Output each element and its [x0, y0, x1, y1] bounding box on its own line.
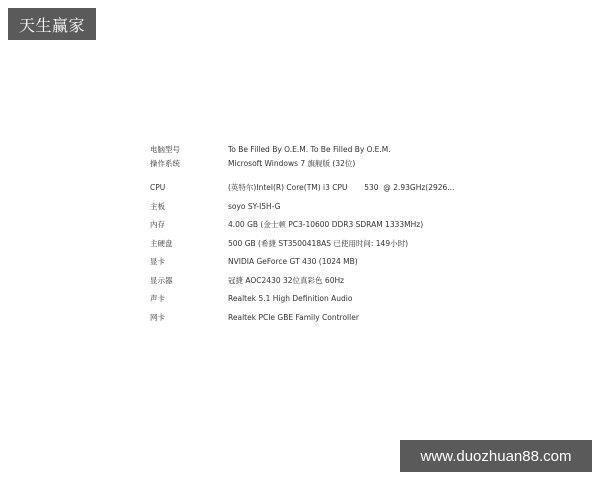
row-label: CPU [150, 183, 228, 192]
row-label: 主板 [150, 201, 228, 212]
row-value: Realtek 5.1 High Definition Audio [228, 294, 470, 303]
row-value: NVIDIA GeForce GT 430 (1024 MB) [228, 257, 470, 266]
info-row-computer-model: 电脑型号 To Be Filled By O.E.M. To Be Filled… [150, 140, 470, 154]
info-row-hard-disk: 主硬盘 500 GB (希捷 ST3500418AS 已使用时间: 149小时) [150, 234, 470, 253]
row-value: Realtek PCIe GBE Family Controller [228, 313, 470, 322]
row-value: (英特尔)Intel(R) Core(TM) i3 CPU 530 @ 2.93… [228, 182, 470, 193]
info-row-monitor: 显示器 冠捷 AOC2430 32位真彩色 60Hz [150, 271, 470, 290]
info-row-cpu: CPU (英特尔)Intel(R) Core(TM) i3 CPU 530 @ … [150, 179, 470, 198]
info-row-motherboard: 主板 soyo SY-I5H-G [150, 197, 470, 216]
watermark-url-text: www.duozhuan88.com [421, 448, 572, 465]
watermark-top-left: 天生赢家 [8, 8, 96, 40]
row-label: 声卡 [150, 293, 228, 304]
info-row-os: 操作系统 Microsoft Windows 7 旗舰版 (32位) [150, 154, 470, 173]
row-label: 电脑型号 [150, 144, 228, 154]
row-value: 冠捷 AOC2430 32位真彩色 60Hz [228, 275, 470, 286]
row-value: To Be Filled By O.E.M. To Be Filled By O… [228, 145, 470, 154]
watermark-bottom-right: www.duozhuan88.com [400, 440, 592, 472]
info-row-sound-card: 声卡 Realtek 5.1 High Definition Audio [150, 290, 470, 309]
row-label: 网卡 [150, 312, 228, 323]
watermark-top-left-text: 天生赢家 [19, 13, 85, 36]
info-row-memory: 内存 4.00 GB (金士顿 PC3-10600 DDR3 SDRAM 133… [150, 216, 470, 235]
row-label: 显卡 [150, 256, 228, 267]
system-info-panel: 电脑型号 To Be Filled By O.E.M. To Be Filled… [150, 140, 470, 327]
row-label: 内存 [150, 219, 228, 230]
row-value: 4.00 GB (金士顿 PC3-10600 DDR3 SDRAM 1333MH… [228, 219, 470, 230]
row-value: Microsoft Windows 7 旗舰版 (32位) [228, 158, 470, 169]
row-value: 500 GB (希捷 ST3500418AS 已使用时间: 149小时) [228, 238, 470, 249]
row-value: soyo SY-I5H-G [228, 202, 470, 211]
row-label: 显示器 [150, 275, 228, 286]
row-label: 主硬盘 [150, 238, 228, 249]
info-row-graphics-card: 显卡 NVIDIA GeForce GT 430 (1024 MB) [150, 253, 470, 272]
row-label: 操作系统 [150, 158, 228, 169]
info-row-network-card: 网卡 Realtek PCIe GBE Family Controller [150, 308, 470, 327]
